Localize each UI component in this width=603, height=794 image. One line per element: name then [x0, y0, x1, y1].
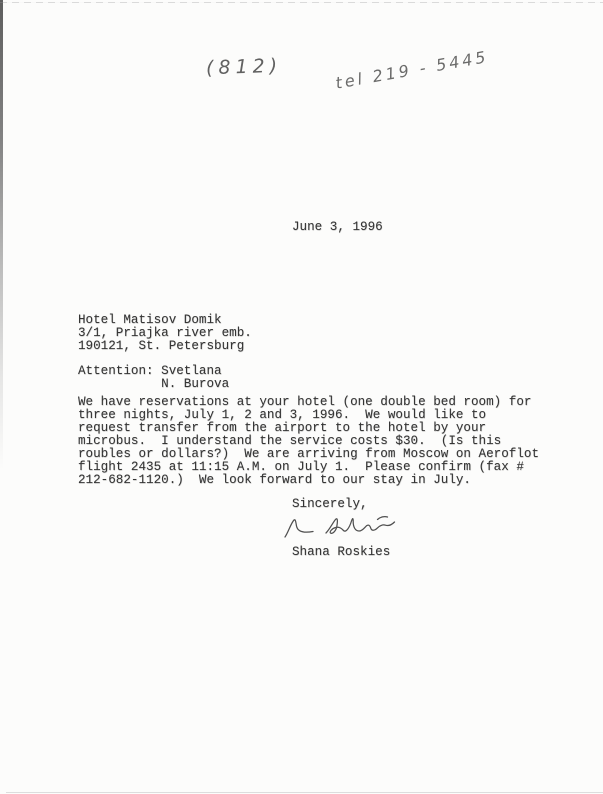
recipient-address-block: Hotel Matisov Domik 3/1, Priajka river e…: [78, 314, 252, 353]
scan-edge-artifact-bottom: [6, 792, 603, 793]
scanned-letter-page: (812) tel 219 - 5445 June 3, 1996 Hotel …: [0, 0, 603, 794]
letter-body: We have reservations at your hotel (one …: [78, 396, 539, 487]
signer-name: Shana Roskies: [292, 546, 390, 559]
letter-date: June 3, 1996: [292, 221, 383, 234]
attention-block: Attention: Svetlana N. Burova: [78, 365, 229, 391]
handwritten-area-code: (812): [206, 55, 283, 80]
handwritten-phone-note: tel 219 - 5445: [334, 47, 490, 93]
scan-edge-artifact-left: [0, 0, 3, 470]
closing-salutation: Sincerely,: [292, 498, 368, 511]
scan-edge-artifact-top: [0, 2, 603, 3]
